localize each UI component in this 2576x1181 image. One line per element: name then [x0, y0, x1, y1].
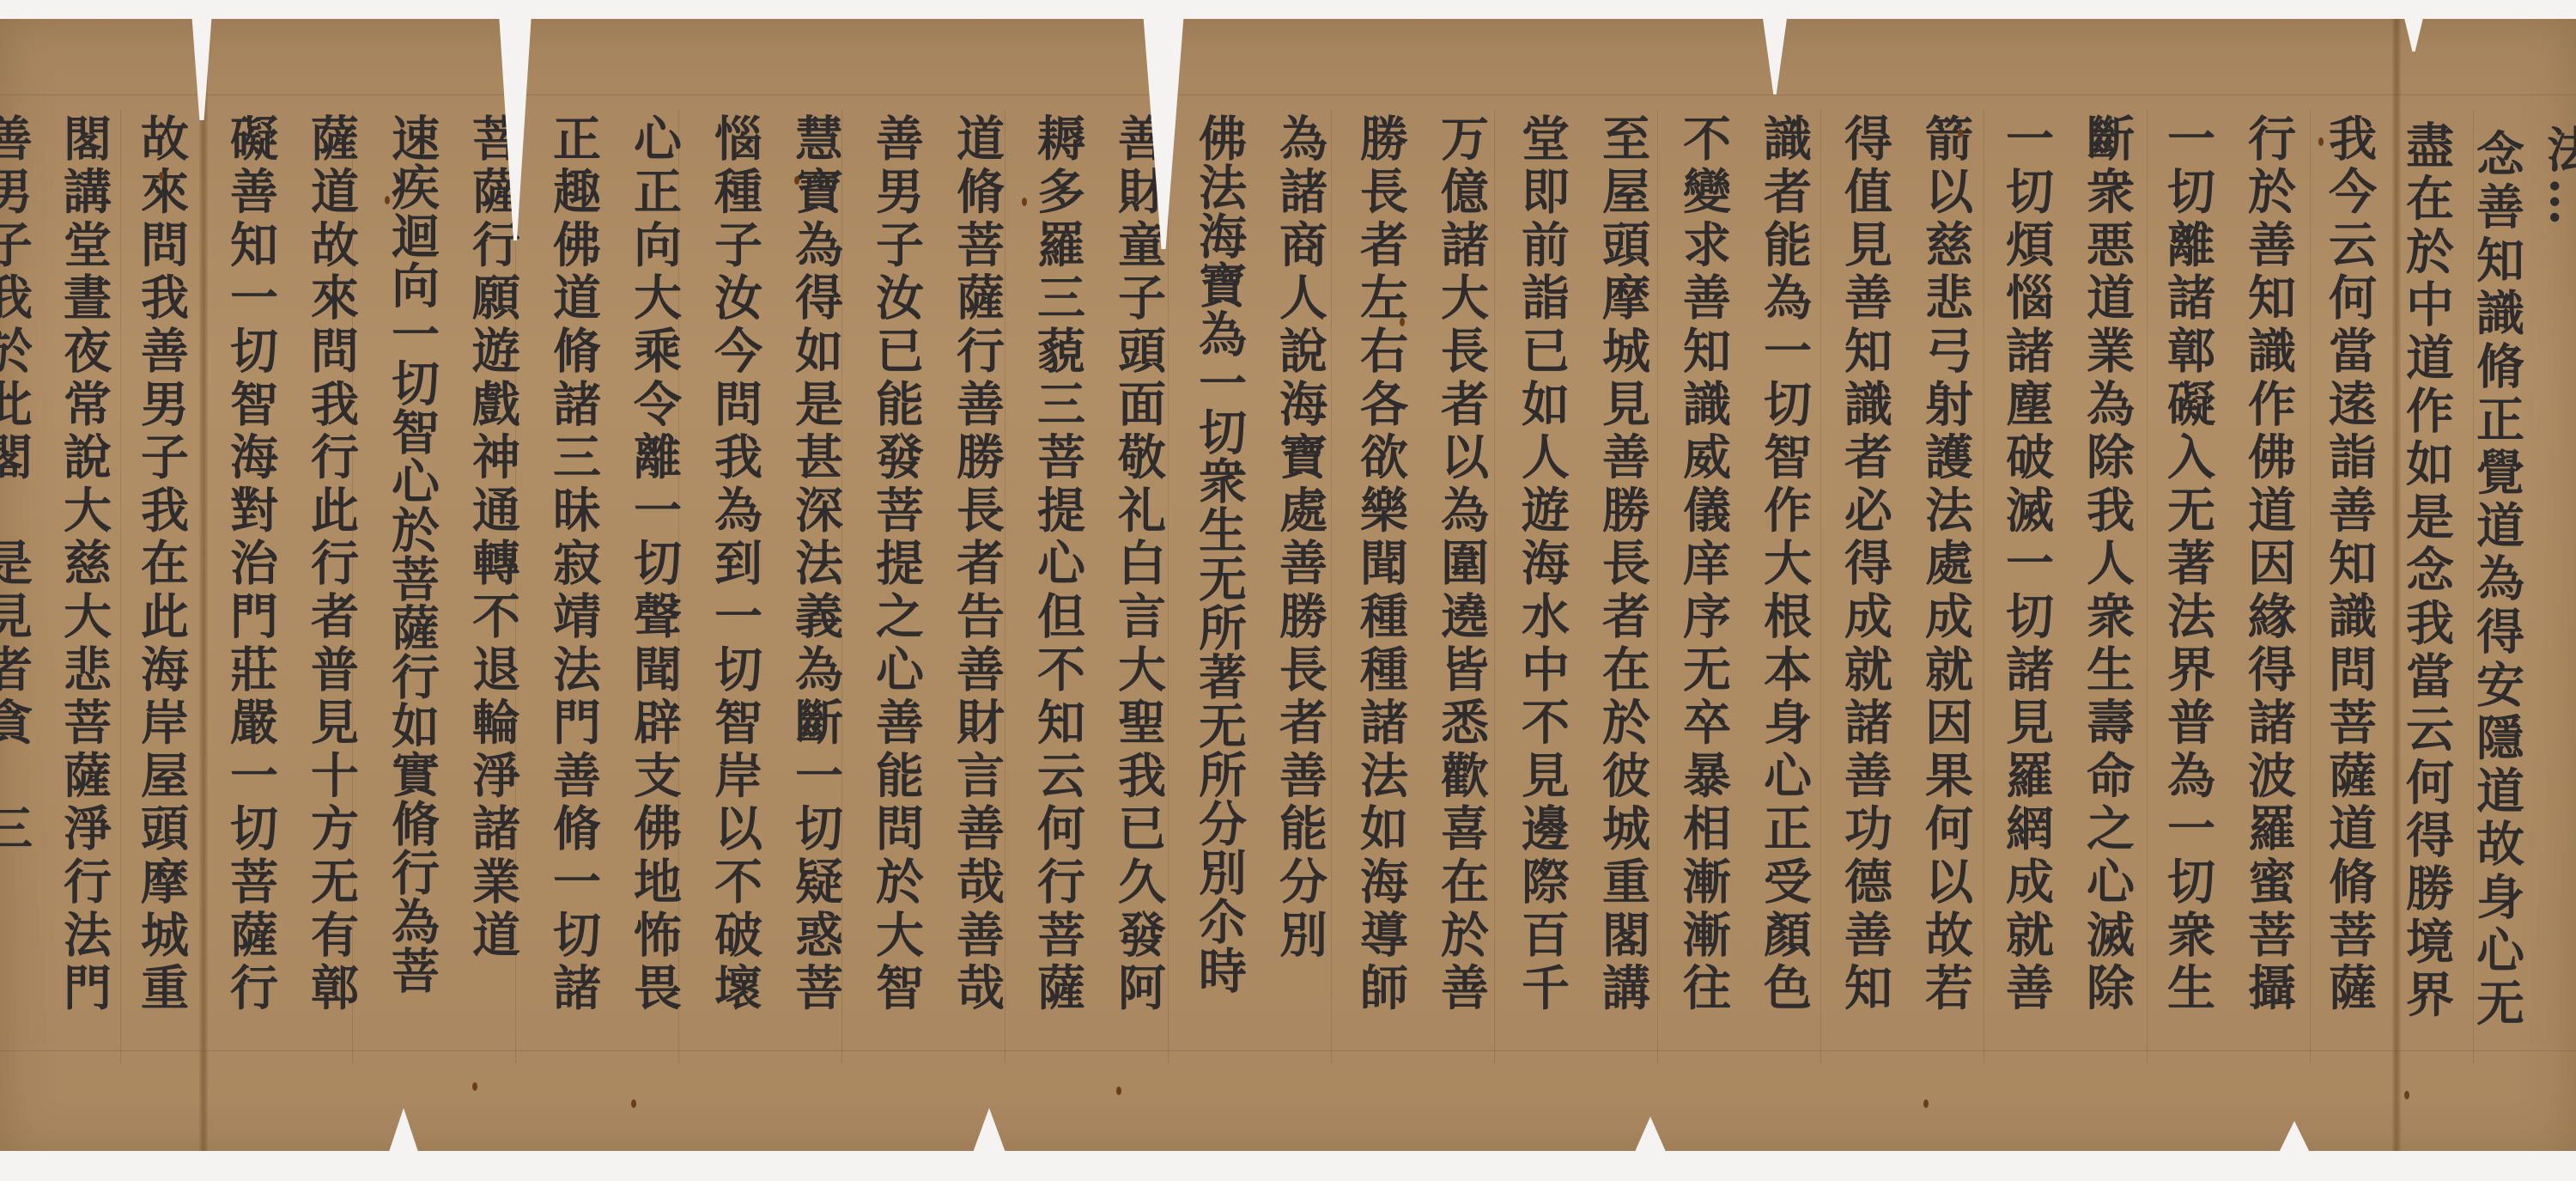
text-column: 不變求善知識威儀庠序无卒暴相漸漸往 — [1680, 113, 1728, 1016]
text-column: 得值見善知識者必得成就諸善功德善知 — [1841, 113, 1889, 1016]
text-column: 識者能為一切智作大根本身心正受顏色 — [1760, 113, 1808, 1016]
text-column: 一切煩惱諸塵破滅一切諸見羅網成就善 — [2002, 113, 2050, 1016]
text-column: 故來問我善男子我在此海岸屋頭摩城重 — [137, 113, 185, 1016]
column-ruling — [1657, 110, 1658, 1063]
wormhole-speck — [2404, 1091, 2409, 1099]
text-column: 惱種子汝今問我為到一切智岸以不破壞 — [711, 113, 759, 1016]
column-ruling — [2310, 110, 2311, 1063]
text-column: 道脩菩薩行善勝長者告善財言善哉善哉 — [953, 113, 1001, 1016]
torn-top-edge — [0, 0, 2576, 19]
wormhole-speck — [1400, 318, 1405, 326]
wormhole-speck — [159, 172, 164, 180]
text-column: 勝長者左右各欲樂聞種種諸法如海導師 — [1357, 113, 1405, 1016]
text-column: 盡在於中道作如是念我當云何得勝境界 — [2403, 120, 2451, 1023]
text-column: 速疾迴向一切智心於菩薩行如實脩行為菩 — [388, 113, 436, 995]
wormhole-speck — [794, 176, 799, 185]
column-ruling — [2147, 110, 2148, 1063]
text-column: 佛法海寶為一切衆生无所著无所分別尒時 — [1195, 113, 1243, 995]
column-ruling — [120, 110, 121, 1063]
wormhole-speck — [2318, 137, 2324, 146]
text-column: 万億諸大長者以為圍遶皆悉歡喜在於善 — [1437, 113, 1485, 1016]
text-column: 箭以慈悲弓射護法處成就因果何以故若 — [1922, 113, 1970, 1016]
text-column: 閣講堂晝夜常說大慈大悲菩薩淨行法門 — [60, 113, 108, 1016]
text-column: 善男子汝已能發菩提之心善能問於大智 — [872, 113, 920, 1016]
text-column: 為諸商人說海寶處善勝長者善能分別 — [1276, 113, 1324, 963]
wormhole-speck — [385, 196, 390, 204]
column-ruling — [1331, 110, 1332, 1063]
wormhole-speck — [1116, 1087, 1121, 1095]
wormhole-speck — [1022, 198, 1027, 206]
wormhole-speck — [472, 1082, 477, 1091]
column-ruling — [1494, 110, 1495, 1063]
text-column: 正趣佛道脩諸三昧寂靖法門善脩一切諸 — [550, 113, 598, 1016]
text-column: 堂即前詣已如人遊海水中不見邊際百千 — [1518, 113, 1566, 1016]
text-column: 薩道故來問我行此行者普見十方无有鄣 — [307, 113, 355, 1016]
text-column: 至屋頭摩城見善勝長者在於彼城重閣講 — [1599, 113, 1647, 1016]
text-column: 善財童子頭面敬礼白言大聖我已久發阿 — [1115, 113, 1163, 1016]
column-ruling — [1984, 110, 1984, 1063]
top-margin-rule — [0, 94, 2576, 95]
column-ruling — [1168, 110, 1169, 1063]
text-column: 礙善知一切智海對治門莊嚴一切菩薩行 — [227, 113, 275, 1016]
text-column: 耨多羅三藐三菩提心但不知云何行菩薩 — [1034, 113, 1082, 1016]
text-column: 行於善知識作佛道因緣得諸波羅蜜菩攝 — [2245, 113, 2293, 1016]
text-column: 法… — [2543, 125, 2576, 231]
wormhole-speck — [1958, 129, 1963, 137]
text-column: 慧寶為得如是甚深法義為斷一切疑惑菩 — [792, 113, 840, 1016]
text-column: 心正向大乘令離一切聲聞辟支佛地怖畏 — [630, 113, 678, 1016]
text-column: 一切離諸鄣礙入无著法界普為一切衆生 — [2164, 113, 2212, 1016]
text-column: 我今云何當逺詣善知識問菩薩道脩菩薩 — [2325, 113, 2373, 1016]
torn-bottom-edge — [0, 1151, 2576, 1181]
wormhole-speck — [631, 1099, 636, 1108]
paper-seam-left — [199, 15, 208, 1158]
text-column: 善男子我於此閣…是見者貪…三… — [0, 113, 29, 910]
text-column: 斷衆悪道業為除我人衆生壽命之心滅除 — [2083, 113, 2131, 1016]
text-column: 菩薩行願遊戲神通轉不退輪淨諸業道 — [469, 113, 517, 963]
text-column: 念善知識脩正覺道為得安隱道故身心无 — [2473, 129, 2521, 1032]
bottom-margin-rule — [0, 1050, 2576, 1051]
wormhole-speck — [1923, 1099, 1929, 1108]
column-ruling — [1820, 110, 1821, 1063]
